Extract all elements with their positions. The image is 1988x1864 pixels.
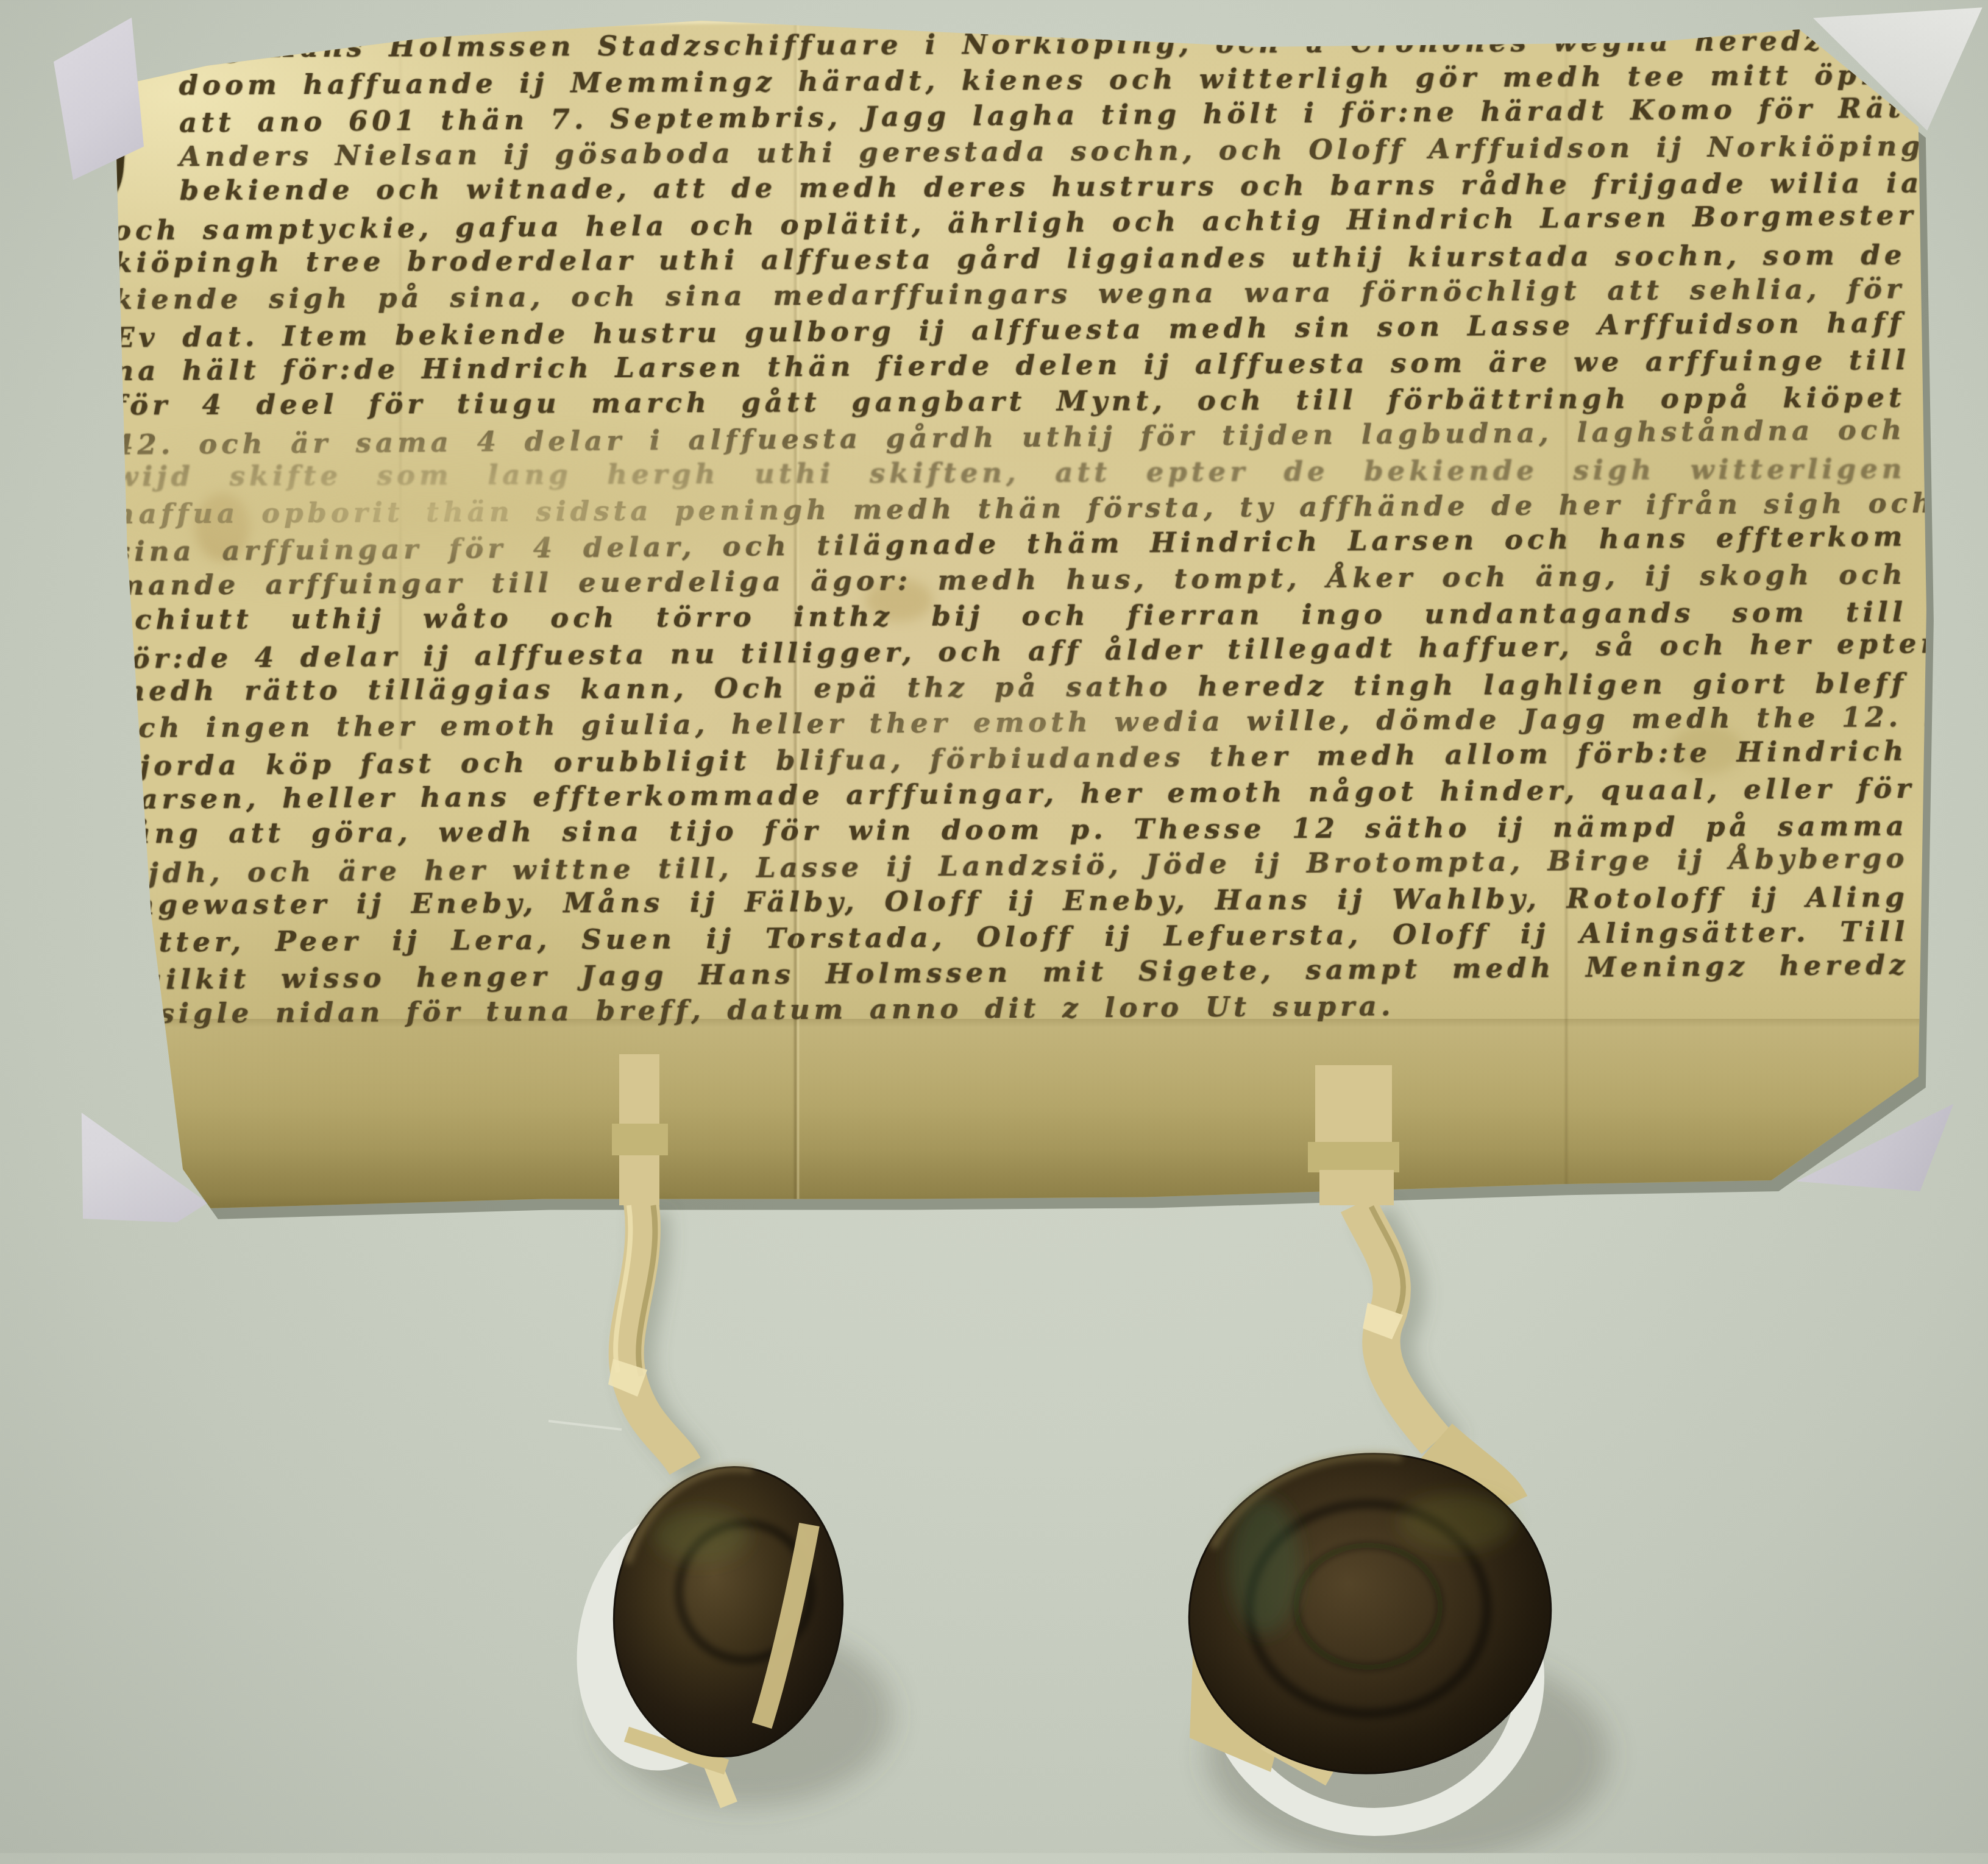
slit-band — [1308, 1142, 1399, 1172]
left-seal-green-glint — [653, 1509, 748, 1562]
left-wax-seal-group — [553, 1054, 893, 1807]
right-seal-tag — [1308, 1065, 1505, 1506]
board-scratch — [548, 1421, 622, 1430]
right-seal-green-glint — [1229, 1498, 1300, 1634]
left-seal-tag — [608, 1054, 685, 1466]
seals-and-tags-overlay — [0, 0, 1988, 1853]
right-seal-olive-glint — [1399, 1493, 1514, 1551]
right-wax-seal-group — [1176, 1065, 1609, 1853]
tag-through-slit — [1319, 1170, 1394, 1205]
tag-through-slit — [1315, 1065, 1392, 1146]
slit-band — [612, 1124, 668, 1155]
